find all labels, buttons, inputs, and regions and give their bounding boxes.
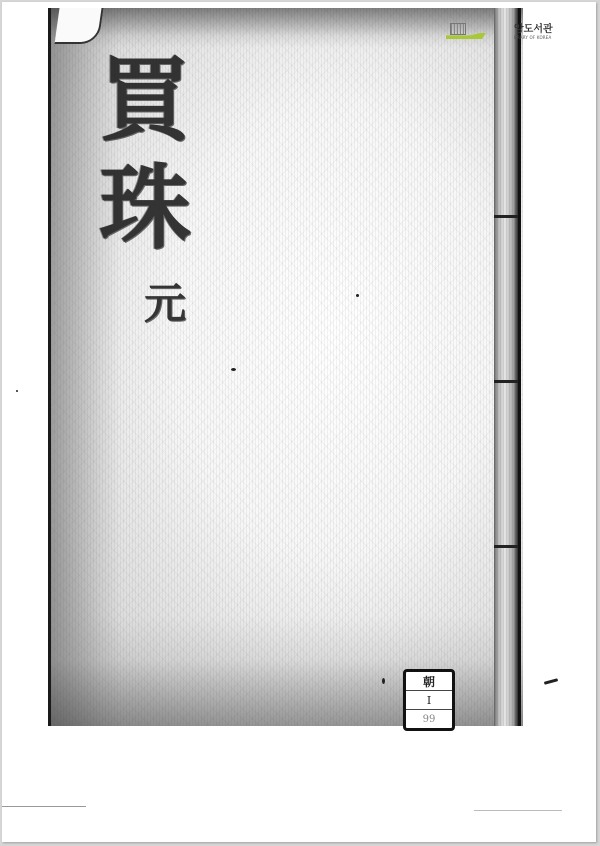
binding-stitch <box>494 545 518 548</box>
book-title: 買 珠 元 <box>90 46 200 334</box>
book-spine-binding <box>494 8 521 726</box>
watermark-text-ko: 앙도서관 <box>514 25 553 35</box>
call-number-middle: I <box>406 691 452 710</box>
ink-speck <box>382 678 385 684</box>
title-char: 珠 <box>99 154 191 262</box>
scan-edge-line <box>2 806 86 807</box>
volume-marker: 元 <box>144 274 186 334</box>
ink-speck <box>231 368 236 371</box>
library-watermark: 앙도서관 BRARY OF KOREA <box>446 20 553 44</box>
ink-speck <box>16 390 18 392</box>
document-page: 買 珠 元 朝 I 99 앙도서관 BRARY OF KOREA <box>2 2 596 842</box>
call-number-top: 朝 <box>406 672 452 691</box>
ink-speck <box>356 294 359 297</box>
scan-edge-line <box>474 810 562 811</box>
watermark-text-en: BRARY OF KOREA <box>514 36 553 40</box>
binding-stitch <box>494 380 518 383</box>
ink-speck <box>544 678 558 685</box>
call-number-bottom: 99 <box>406 710 452 728</box>
call-number-label: 朝 I 99 <box>403 669 455 731</box>
library-logo-icon <box>446 23 492 41</box>
title-char: 買 <box>99 46 191 154</box>
binding-stitch <box>494 215 518 218</box>
